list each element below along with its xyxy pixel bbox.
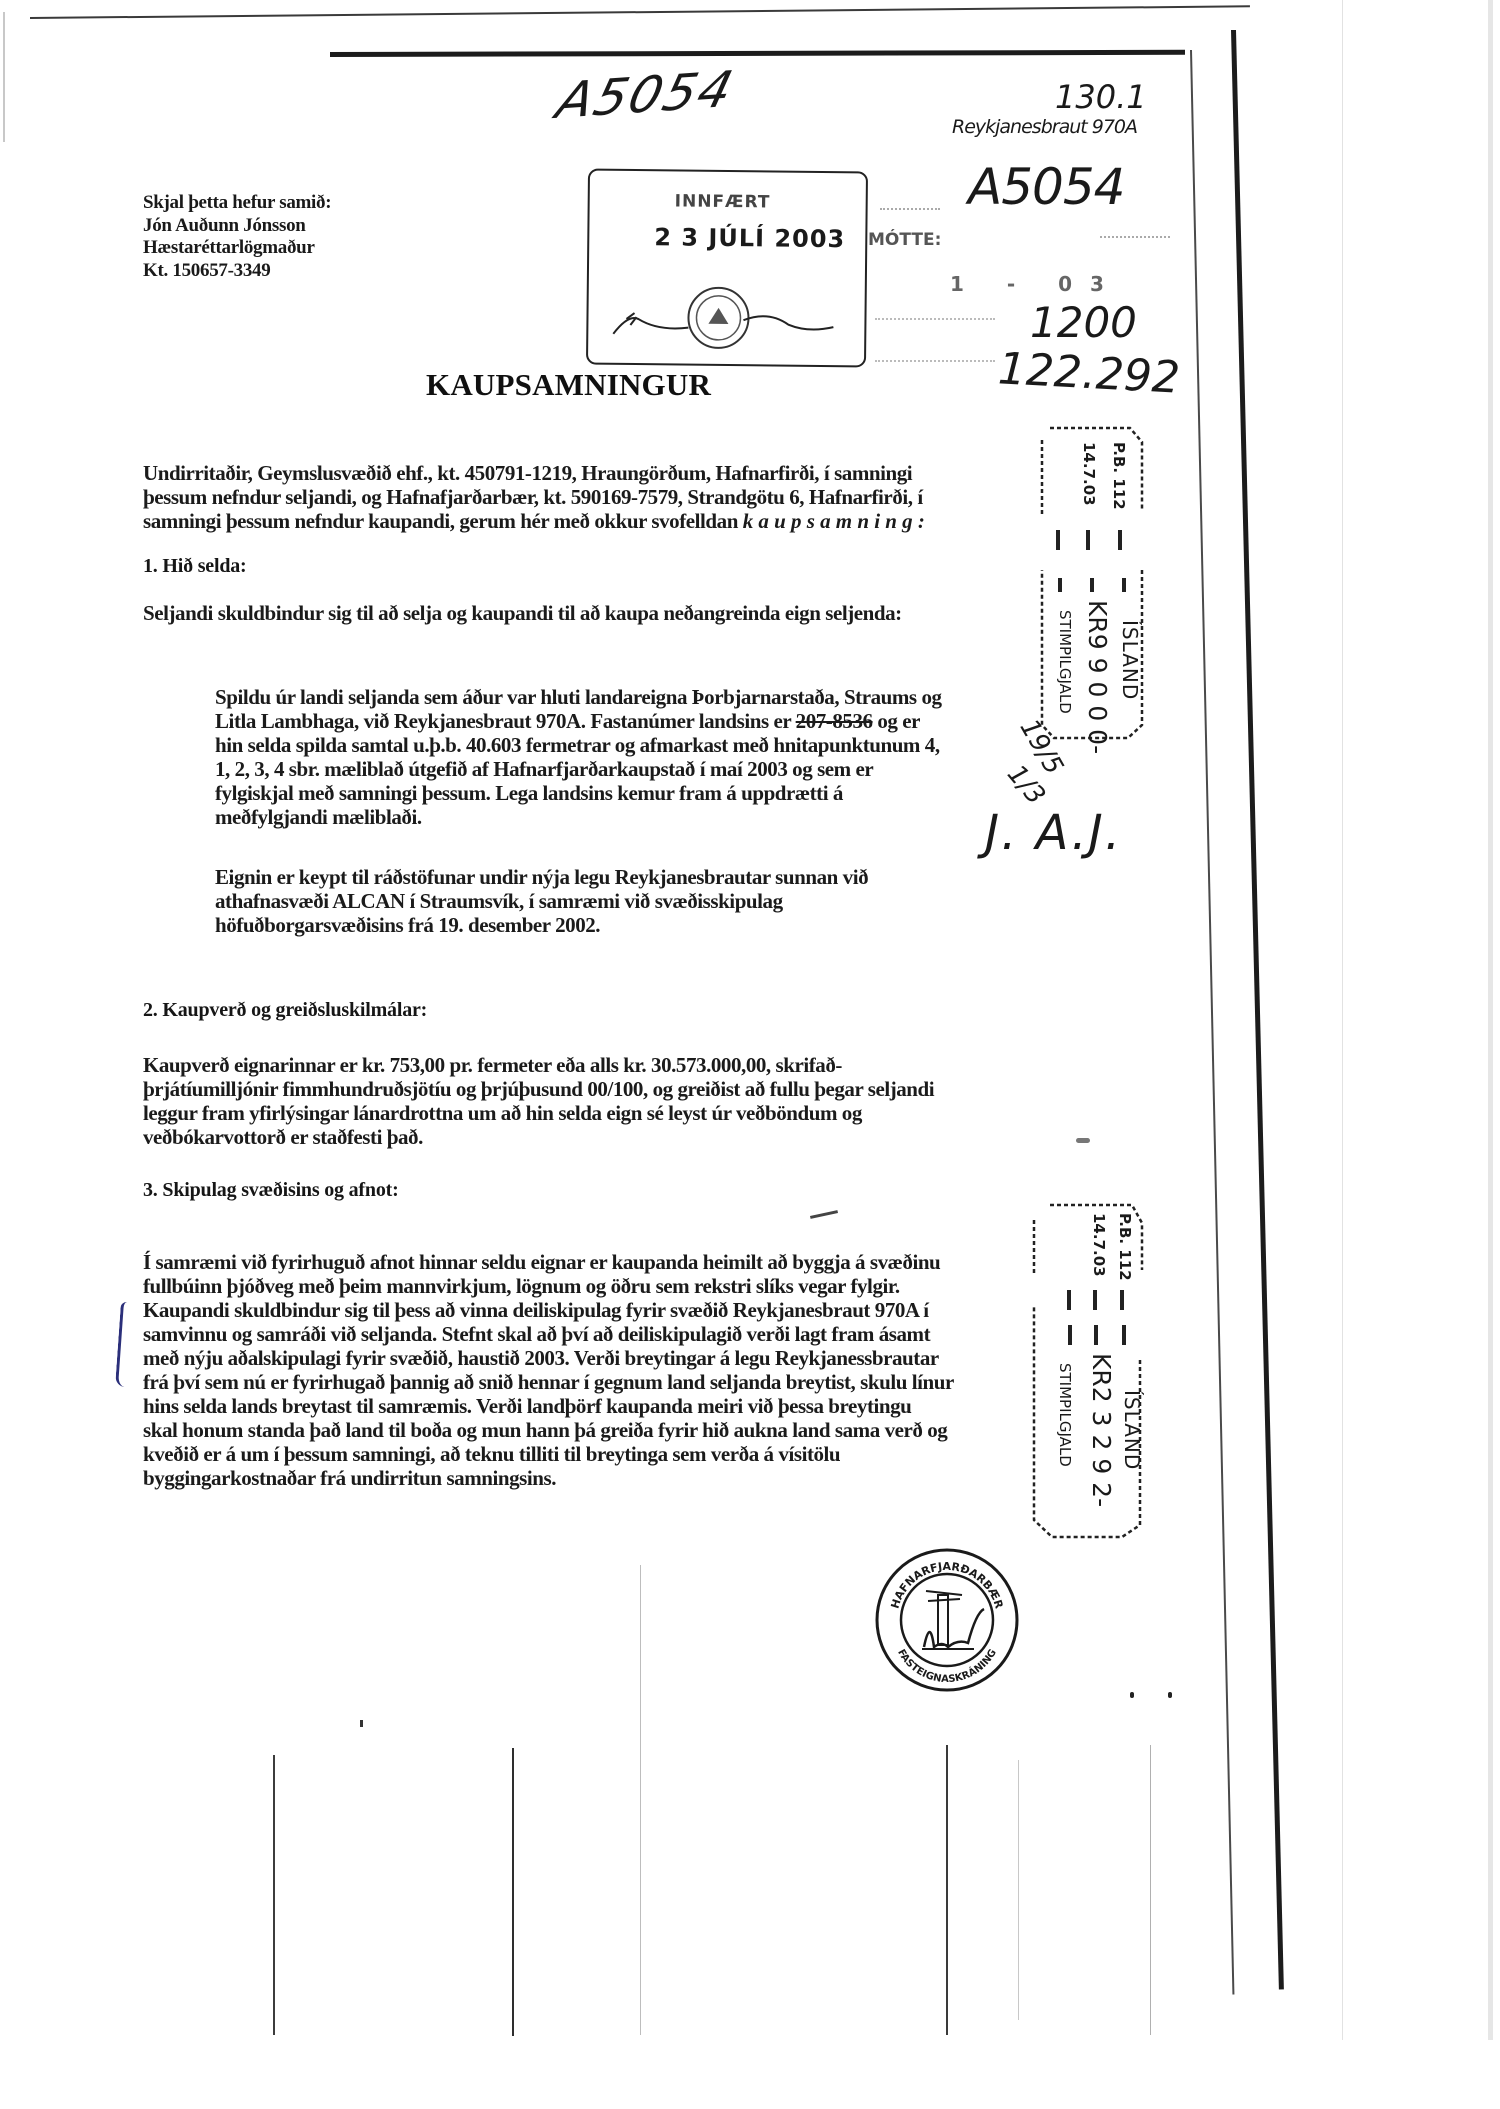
paragraph-line: samvinnu og samráði við seljanda. Stefnt… bbox=[143, 1322, 954, 1346]
intro-emphasis: kaupsamning: bbox=[743, 509, 930, 533]
paragraph-line: með nýju aðalskipulagi fyrir svæðið, hau… bbox=[143, 1346, 954, 1370]
registry-dots bbox=[880, 208, 940, 220]
paragraph-line: kveðið er á um í þessum samningi, að tek… bbox=[143, 1442, 954, 1466]
author-block: Skjal þetta hefur samið: Jón Auðunn Jóns… bbox=[143, 192, 331, 282]
stamp-amount: KR9 9 0 0 0- bbox=[1083, 600, 1112, 754]
author-line: Skjal þetta hefur samið: bbox=[143, 192, 331, 215]
registry-line: 1 - 03 bbox=[950, 272, 1122, 296]
handwritten-address: Reykjanesbraut 970A bbox=[952, 116, 1137, 138]
stamp-label: STIMPILGJALD bbox=[1056, 1363, 1074, 1467]
intro-line: Undirritaðir, Geymslusvæðið ehf., kt. 45… bbox=[143, 461, 930, 485]
scan-artifact-line bbox=[946, 1745, 948, 2035]
handwritten-ref-number: 130.1 bbox=[1055, 78, 1147, 116]
paragraph-line: hin selda spilda samtal u.þ.b. 40.603 fe… bbox=[215, 733, 942, 757]
paragraph-line: Spildu úr landi seljanda sem áður var hl… bbox=[215, 685, 942, 709]
author-title: Hæstaréttarlögmaður bbox=[143, 237, 331, 260]
paragraph-line: skal honum standa það land til boða og m… bbox=[143, 1418, 954, 1442]
scan-artifact-line bbox=[273, 1755, 275, 2035]
revenue-stamp-1: P.B. 112 14.7.03 ÍSLAND KR9 9 0 0 0- STI… bbox=[1030, 420, 1145, 745]
stamp-country: ÍSLAND bbox=[1118, 620, 1142, 700]
paragraph-line: athafnasvæði ALCAN í Straumsvík, í samræ… bbox=[215, 889, 868, 913]
scan-speck bbox=[1168, 1692, 1172, 1698]
scan-artifact-line bbox=[1150, 1745, 1151, 2035]
municipal-seal: HAFNARFJARÐARBÆR FASTEIGNASKRÁNING bbox=[874, 1547, 1020, 1693]
author-name: Jón Auðunn Jónsson bbox=[143, 215, 331, 238]
handwritten-top-code: A5054 bbox=[551, 60, 741, 130]
paragraph-line: fylgiskjal með samningi þessum. Lega lan… bbox=[215, 781, 942, 805]
section-1-heading: 1. Hið selda: bbox=[143, 555, 247, 578]
scan-faint-line bbox=[1342, 0, 1343, 2040]
paragraph-line: þrjátíumilljónir fimmhundruðsjötíu og þr… bbox=[143, 1077, 934, 1101]
registry-dots bbox=[1100, 236, 1170, 248]
paragraph-line: hins selda lands breytast til samræmis. … bbox=[143, 1394, 954, 1418]
section-1-paragraph-2: Eignin er keypt til ráðstöfunar undir ný… bbox=[215, 865, 868, 937]
scan-artifact-line bbox=[640, 1565, 641, 2035]
paragraph-line: 1, 2, 3, 4 sbr. mæliblað útgefið af Hafn… bbox=[215, 757, 942, 781]
registry-dots bbox=[875, 318, 995, 362]
scan-top-thin-line bbox=[30, 5, 1250, 19]
handwritten-margin-bracket bbox=[115, 1302, 134, 1388]
stamp-office: P.B. 112 bbox=[1110, 442, 1128, 510]
paragraph-line: Í samræmi við fyrirhuguð afnot hinnar se… bbox=[143, 1250, 954, 1274]
author-id: Kt. 150657-3349 bbox=[143, 260, 331, 283]
scan-artifact-line bbox=[1018, 1760, 1019, 2020]
frame-right-thick-line bbox=[1231, 30, 1284, 1990]
received-stamp-label: INNFÆRT bbox=[675, 191, 771, 212]
stamp-office: P.B. 112 bbox=[1116, 1213, 1134, 1281]
scan-speck bbox=[810, 1210, 838, 1219]
page-title: KAUPSAMNINGUR bbox=[426, 367, 711, 403]
paragraph-line: fullbúinn þjóðveg með þeim mannvirkjum, … bbox=[143, 1274, 954, 1298]
notary-seal-icon bbox=[608, 279, 849, 357]
frame-right-thin-line bbox=[1190, 50, 1234, 1995]
paragraph-line: veðbókarvottorð er staðfesti það. bbox=[143, 1125, 934, 1149]
paragraph-line: meðfylgjandi mæliblaði. bbox=[215, 805, 942, 829]
stamp-label: STIMPILGJALD bbox=[1056, 610, 1074, 714]
struck-fastanumer: 207-8536 bbox=[796, 709, 873, 733]
stamp-date: 14.7.03 bbox=[1080, 442, 1098, 506]
handwritten-amount-2: 122.292 bbox=[997, 343, 1181, 403]
stamp-country: ÍSLAND bbox=[1120, 1390, 1144, 1470]
stamp-date: 14.7.03 bbox=[1090, 1213, 1108, 1277]
paragraph-line: frá því sem nú er fyrirhugað þannig að s… bbox=[143, 1370, 954, 1394]
scan-speck bbox=[1130, 1692, 1134, 1698]
intro-line: þessum nefndur seljandi, og Hafnafjarðar… bbox=[143, 485, 930, 509]
revenue-stamp-2: P.B. 112 14.7.03 ÍSLAND KR2 3 2 9 2- STI… bbox=[1022, 1195, 1144, 1540]
scan-edge-left bbox=[3, 12, 5, 142]
intro-line: samningi þessum nefndur kaupandi, gerum … bbox=[143, 509, 930, 533]
scan-speck bbox=[360, 1720, 363, 1727]
paragraph-line: höfuðborgarsvæðisins frá 19. desember 20… bbox=[215, 913, 868, 937]
section-1-lead: Seljandi skuldbindur sig til að selja og… bbox=[143, 601, 902, 625]
handwritten-amount-1: 1200 bbox=[1030, 298, 1137, 347]
section-3-heading: 3. Skipulag svæðisins og afnot: bbox=[143, 1179, 399, 1202]
section-2-heading: 2. Kaupverð og greiðsluskilmálar: bbox=[143, 999, 427, 1022]
received-stamp: INNFÆRT 2 3 JÚLÍ 2003 bbox=[586, 169, 868, 368]
paragraph-line-tail: og er bbox=[873, 709, 920, 733]
scan-top-thick-line bbox=[330, 50, 1185, 57]
lighthouse-seal-icon: HAFNARFJARÐARBÆR FASTEIGNASKRÁNING bbox=[874, 1547, 1020, 1693]
registry-label: MÓTTE: bbox=[868, 230, 941, 250]
paragraph-line-text: Litla Lambhaga, við Reykjanesbraut 970A.… bbox=[215, 709, 796, 733]
scan-speck bbox=[1076, 1138, 1090, 1143]
stamp-amount: KR2 3 2 9 2- bbox=[1087, 1353, 1116, 1507]
intro-paragraph: Undirritaðir, Geymslusvæðið ehf., kt. 45… bbox=[143, 461, 930, 533]
received-stamp-date: 2 3 JÚLÍ 2003 bbox=[654, 223, 845, 253]
paragraph-line: Kaupverð eignarinnar er kr. 753,00 pr. f… bbox=[143, 1053, 934, 1077]
section-1-paragraph-1: Spildu úr landi seljanda sem áður var hl… bbox=[215, 685, 942, 829]
intro-line-text: samningi þessum nefndur kaupandi, gerum … bbox=[143, 509, 743, 533]
scan-artifact-line bbox=[512, 1748, 514, 2036]
paragraph-line: leggur fram yfirlýsingar lánardrottna um… bbox=[143, 1101, 934, 1125]
section-2-paragraph: Kaupverð eignarinnar er kr. 753,00 pr. f… bbox=[143, 1053, 934, 1149]
paragraph-line: Eignin er keypt til ráðstöfunar undir ný… bbox=[215, 865, 868, 889]
paragraph-line: byggingarkostnaðar frá undirritun samnin… bbox=[143, 1466, 954, 1490]
handwritten-initials: J. A.J. bbox=[985, 805, 1122, 861]
section-3-paragraph: Í samræmi við fyrirhuguð afnot hinnar se… bbox=[143, 1250, 954, 1490]
paragraph-line: Kaupandi skuldbindur sig til þess að vin… bbox=[143, 1298, 954, 1322]
paragraph-line: Litla Lambhaga, við Reykjanesbraut 970A.… bbox=[215, 709, 942, 733]
scan-edge-right bbox=[1488, 0, 1493, 2040]
handwritten-ref-code: A5054 bbox=[968, 158, 1124, 216]
